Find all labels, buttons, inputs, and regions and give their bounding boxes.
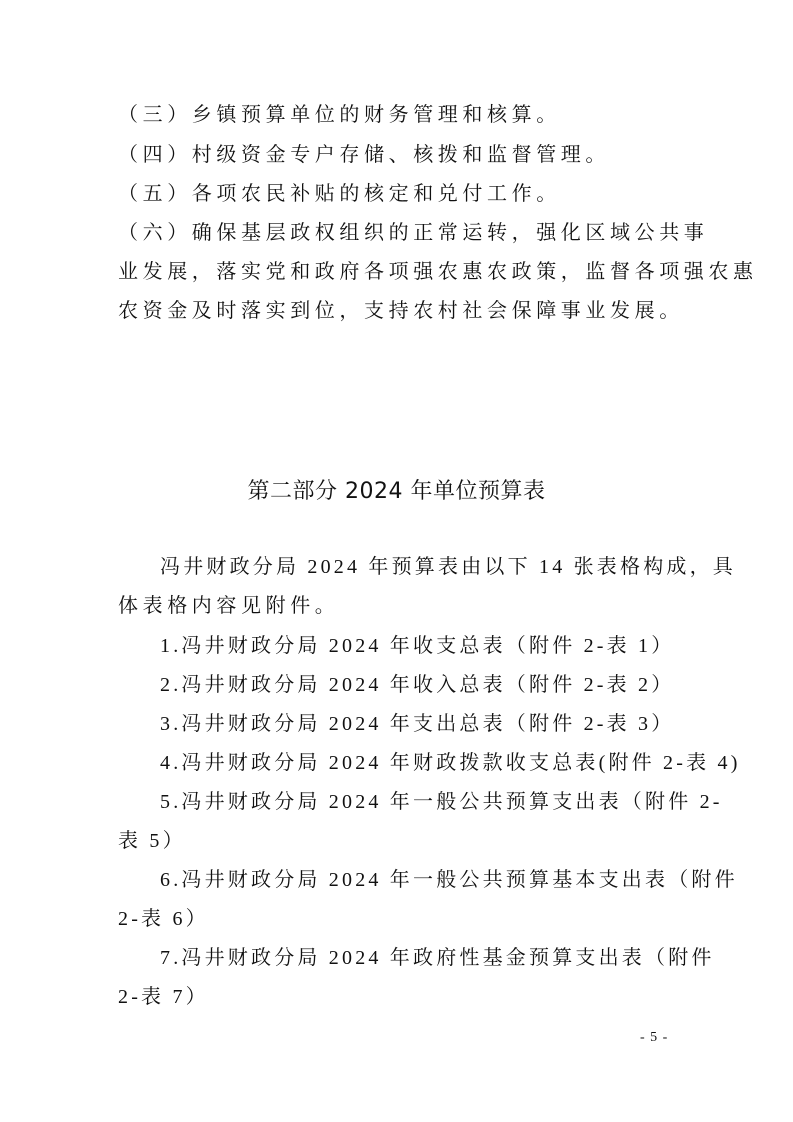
- list-item-4: （四）村级资金专户存储、核拨和监督管理。: [118, 143, 610, 167]
- list-item-6-line-2: 业发展，落实党和政府各项强农惠农政策，监督各项强农惠: [118, 260, 758, 284]
- intro-line-2: 体表格内容见附件。: [118, 594, 339, 618]
- list-item-6-line-1: （六）确保基层政权组织的正常运转，强化区域公共事: [118, 221, 708, 245]
- section-heading: 第二部分 2024 年单位预算表: [0, 478, 793, 506]
- table-item-5-line-2: 表 5）: [118, 829, 186, 853]
- page-number: - 5 -: [640, 1030, 668, 1046]
- table-item-6-line-1: 6.冯井财政分局 2024 年一般公共预算基本支出表（附件: [160, 868, 738, 892]
- table-item-2: 2.冯井财政分局 2024 年收入总表（附件 2-表 2）: [160, 673, 674, 697]
- list-item-3: （三）乡镇预算单位的财务管理和核算。: [118, 103, 561, 127]
- table-item-5-line-1: 5.冯井财政分局 2024 年一般公共预算支出表（附件 2-: [160, 790, 723, 814]
- table-item-1: 1.冯井财政分局 2024 年收支总表（附件 2-表 1）: [160, 634, 674, 658]
- table-item-4: 4.冯井财政分局 2024 年财政拨款收支总表(附件 2-表 4): [160, 751, 741, 775]
- table-item-6-line-2: 2-表 6）: [118, 907, 209, 931]
- intro-line-1: 冯井财政分局 2024 年预算表由以下 14 张表格构成，具: [160, 555, 736, 579]
- list-item-5: （五）各项农民补贴的核定和兑付工作。: [118, 182, 561, 206]
- table-item-7-line-2: 2-表 7）: [118, 985, 209, 1009]
- list-item-6-line-3: 农资金及时落实到位，支持农村社会保障事业发展。: [118, 299, 684, 323]
- table-item-7-line-1: 7.冯井财政分局 2024 年政府性基金预算支出表（附件: [160, 946, 715, 970]
- table-item-3: 3.冯井财政分局 2024 年支出总表（附件 2-表 3）: [160, 712, 674, 736]
